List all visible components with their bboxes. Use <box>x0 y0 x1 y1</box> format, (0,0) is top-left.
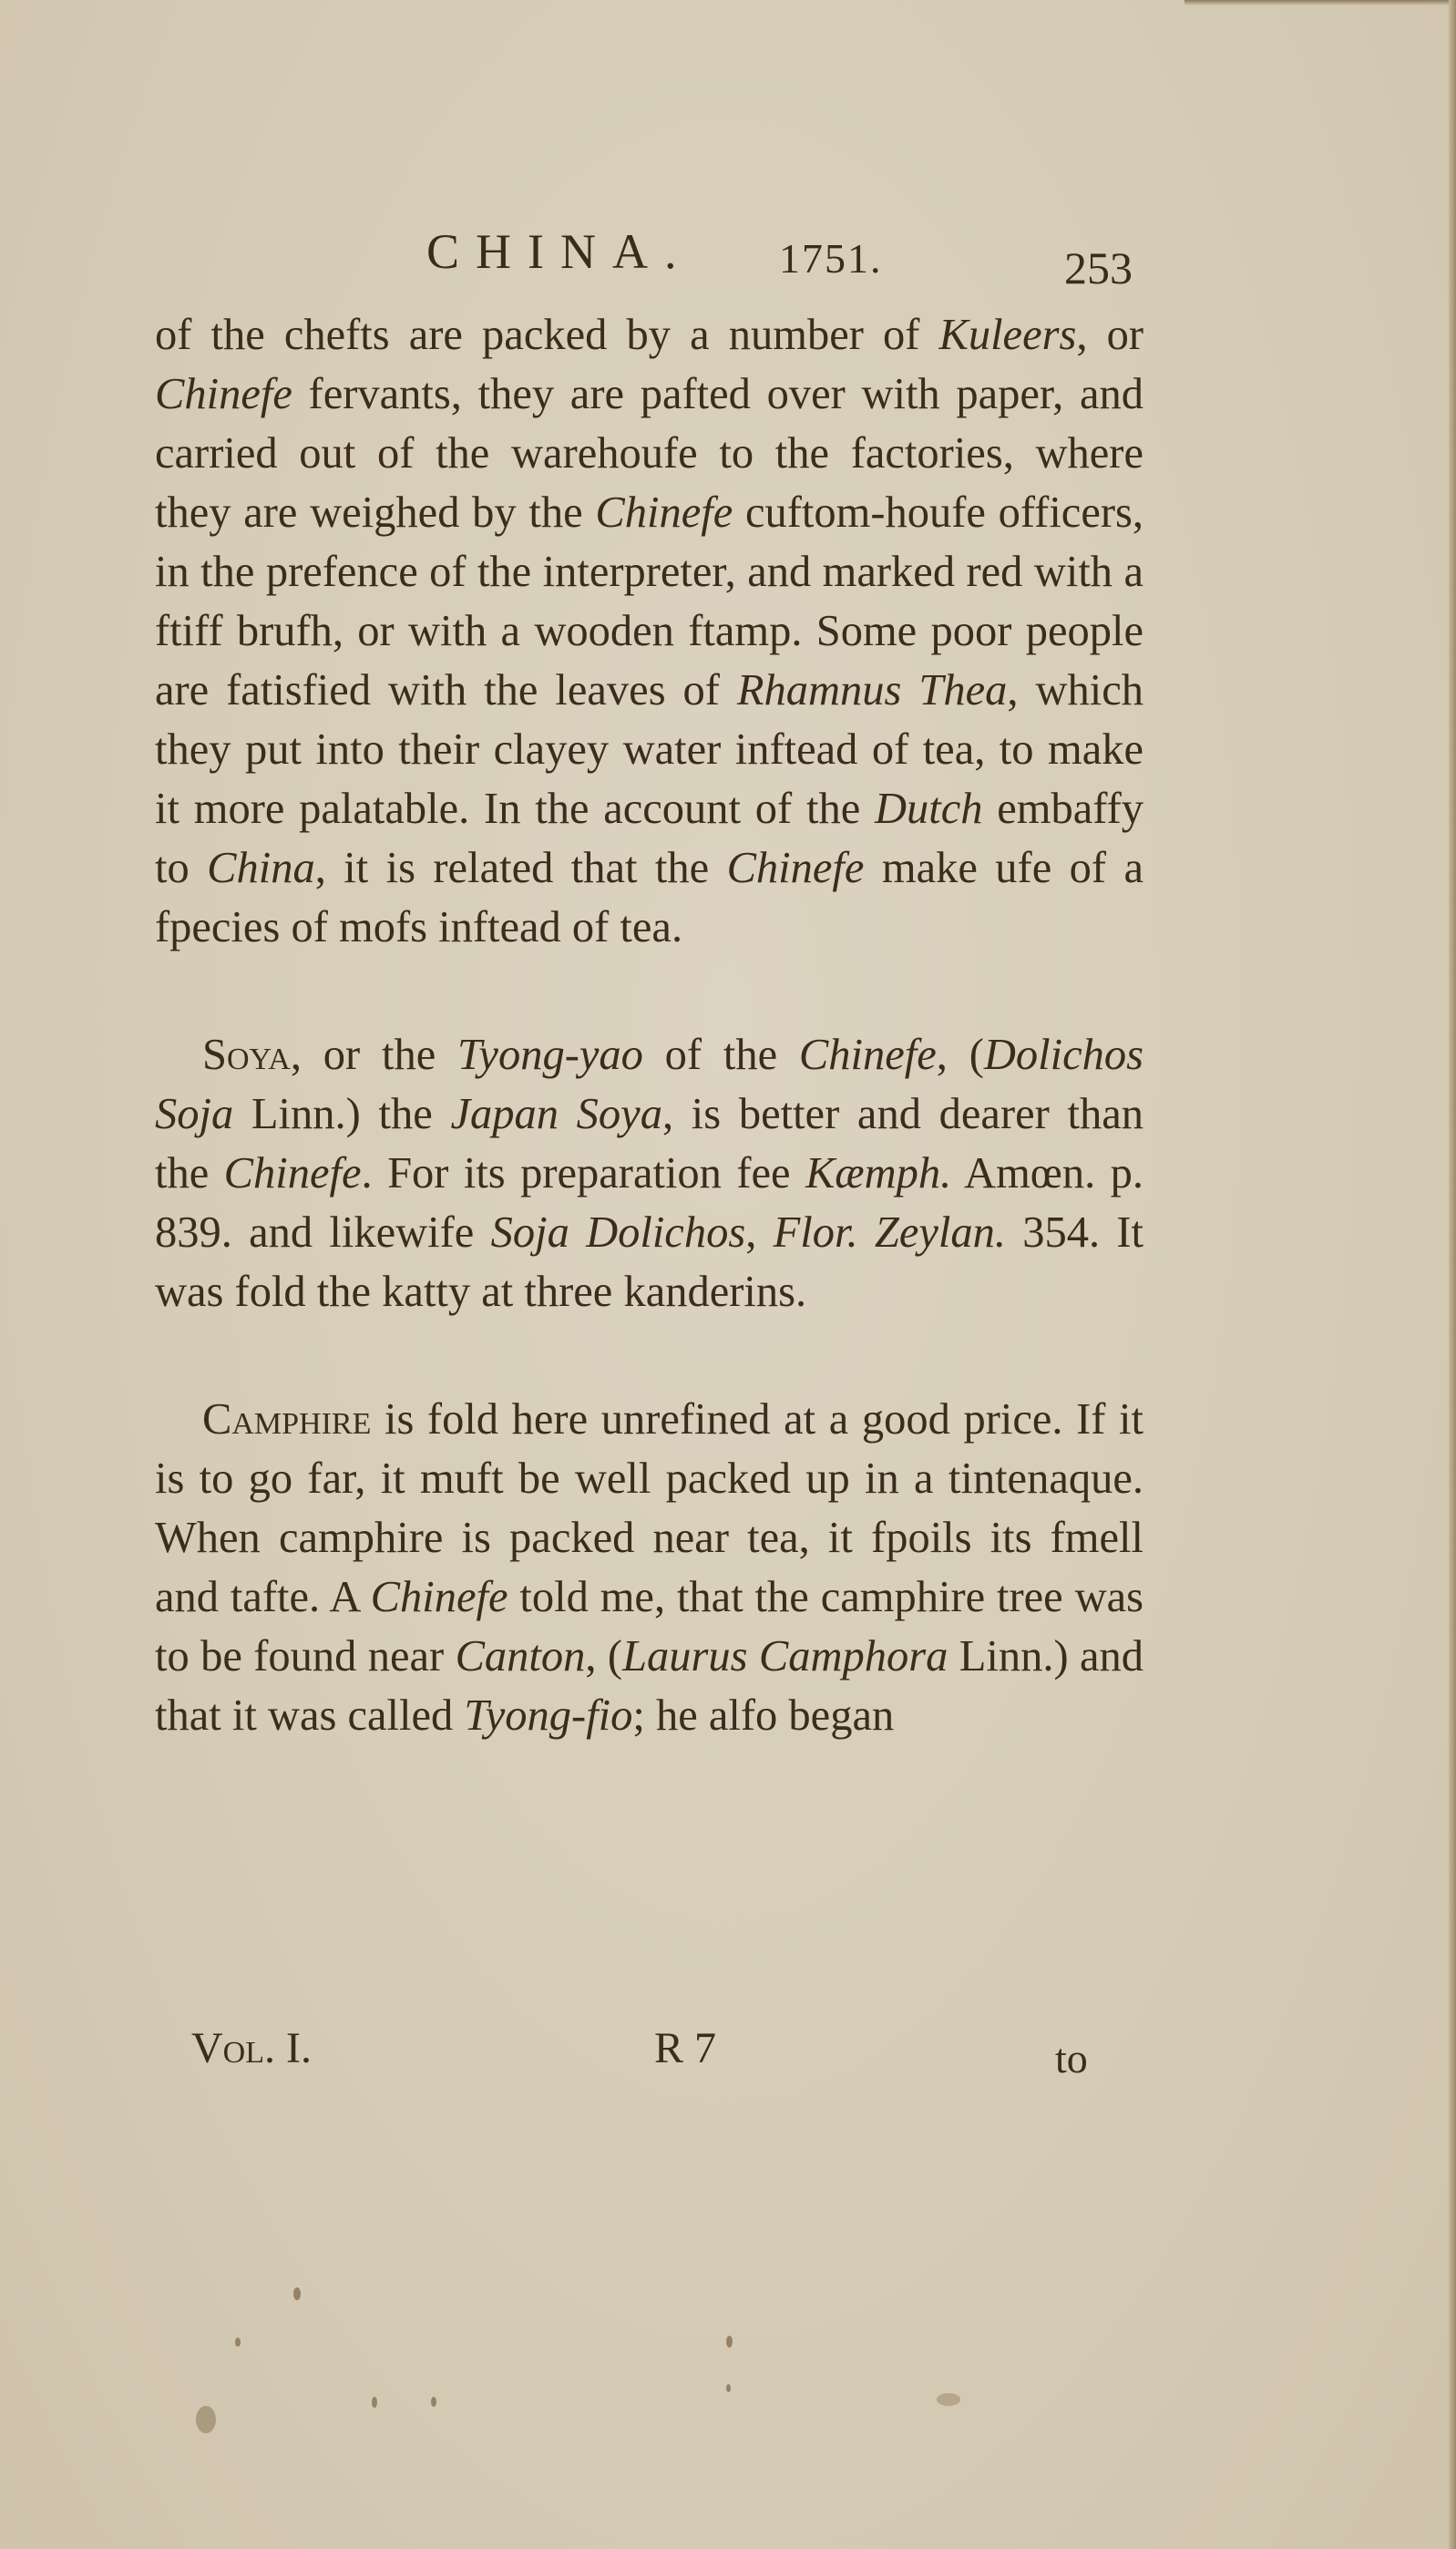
paper-spot <box>431 2397 436 2407</box>
italic-term: Kæmph. <box>805 1149 951 1197</box>
text-run: ; he alfo began <box>632 1691 894 1740</box>
italic-term: Canton <box>456 1632 586 1680</box>
italic-term: Chinefe <box>799 1031 937 1079</box>
text-run: , or <box>1076 311 1143 359</box>
italic-term: Chinefe <box>595 488 733 537</box>
running-header: CHINA. 1751. 253 <box>0 214 1456 287</box>
italic-term: Japan Soya <box>450 1090 662 1138</box>
paragraph-camphire: Camphire is fold here unrefined at a goo… <box>155 1390 1143 1745</box>
text-run: . For its preparation fee <box>362 1149 805 1197</box>
paper-spot <box>235 2338 241 2347</box>
text-run: , ( <box>937 1031 984 1079</box>
italic-term: Chinefe <box>727 844 865 892</box>
paragraph-soya: Soya, or the Tyong-yao of the Chinefe, (… <box>155 1025 1143 1321</box>
italic-term: Soja Dolichos <box>491 1208 746 1257</box>
italic-term: Kuleers <box>938 311 1076 359</box>
page-top-edge-shadow <box>1184 0 1456 5</box>
paragraph-gap <box>155 957 1143 1025</box>
text-run: , or the <box>291 1031 457 1079</box>
text-run: of the <box>643 1031 799 1079</box>
body-text: of the chefts are packed by a number of … <box>155 305 1143 1745</box>
paper-spot <box>937 2393 960 2406</box>
running-title: CHINA. <box>426 223 693 280</box>
paper-spot <box>293 2287 301 2300</box>
running-year: 1751. <box>779 234 883 283</box>
volume-mark: Vol. I. <box>191 2023 312 2073</box>
smallcaps-lead-word: Soya <box>202 1031 291 1079</box>
text-run: of the chefts are packed by a number of <box>155 311 938 359</box>
text-run: , ( <box>585 1632 622 1680</box>
italic-term: Chinefe <box>371 1573 508 1621</box>
paragraph-tea-packing: of the chefts are packed by a number of … <box>155 305 1143 957</box>
paper-spot <box>372 2397 377 2408</box>
italic-term: Rhamnus Thea <box>737 666 1007 714</box>
paper-spot <box>726 2336 733 2348</box>
italic-term: Flor. Zeylan. <box>774 1208 1006 1257</box>
page-number: 253 <box>1064 242 1133 294</box>
catchword: to <box>1055 2034 1088 2082</box>
page-right-edge <box>1449 0 1456 2549</box>
smallcaps-lead-word: Camphire <box>202 1395 371 1444</box>
italic-term: Tyong-yao <box>457 1031 643 1079</box>
text-run: , <box>745 1208 773 1257</box>
paragraph-gap <box>155 1321 1143 1390</box>
text-run: Linn.) the <box>233 1090 450 1138</box>
paper-spot <box>196 2406 216 2433</box>
italic-term: Chinefe <box>155 370 292 418</box>
book-page: CHINA. 1751. 253 of the chefts are packe… <box>0 0 1456 2549</box>
italic-term: China <box>207 844 315 892</box>
italic-term: Laurus Camphora <box>622 1632 948 1680</box>
paper-spot <box>726 2384 731 2392</box>
text-run: , it is related that the <box>315 844 727 892</box>
italic-term: Chinefe <box>224 1149 362 1197</box>
italic-term: Dutch <box>875 785 983 833</box>
italic-term: Tyong-fio <box>464 1691 632 1740</box>
page-footer: Vol. I. R 7 to <box>0 2023 1456 2096</box>
signature-mark: R 7 <box>654 2023 716 2073</box>
